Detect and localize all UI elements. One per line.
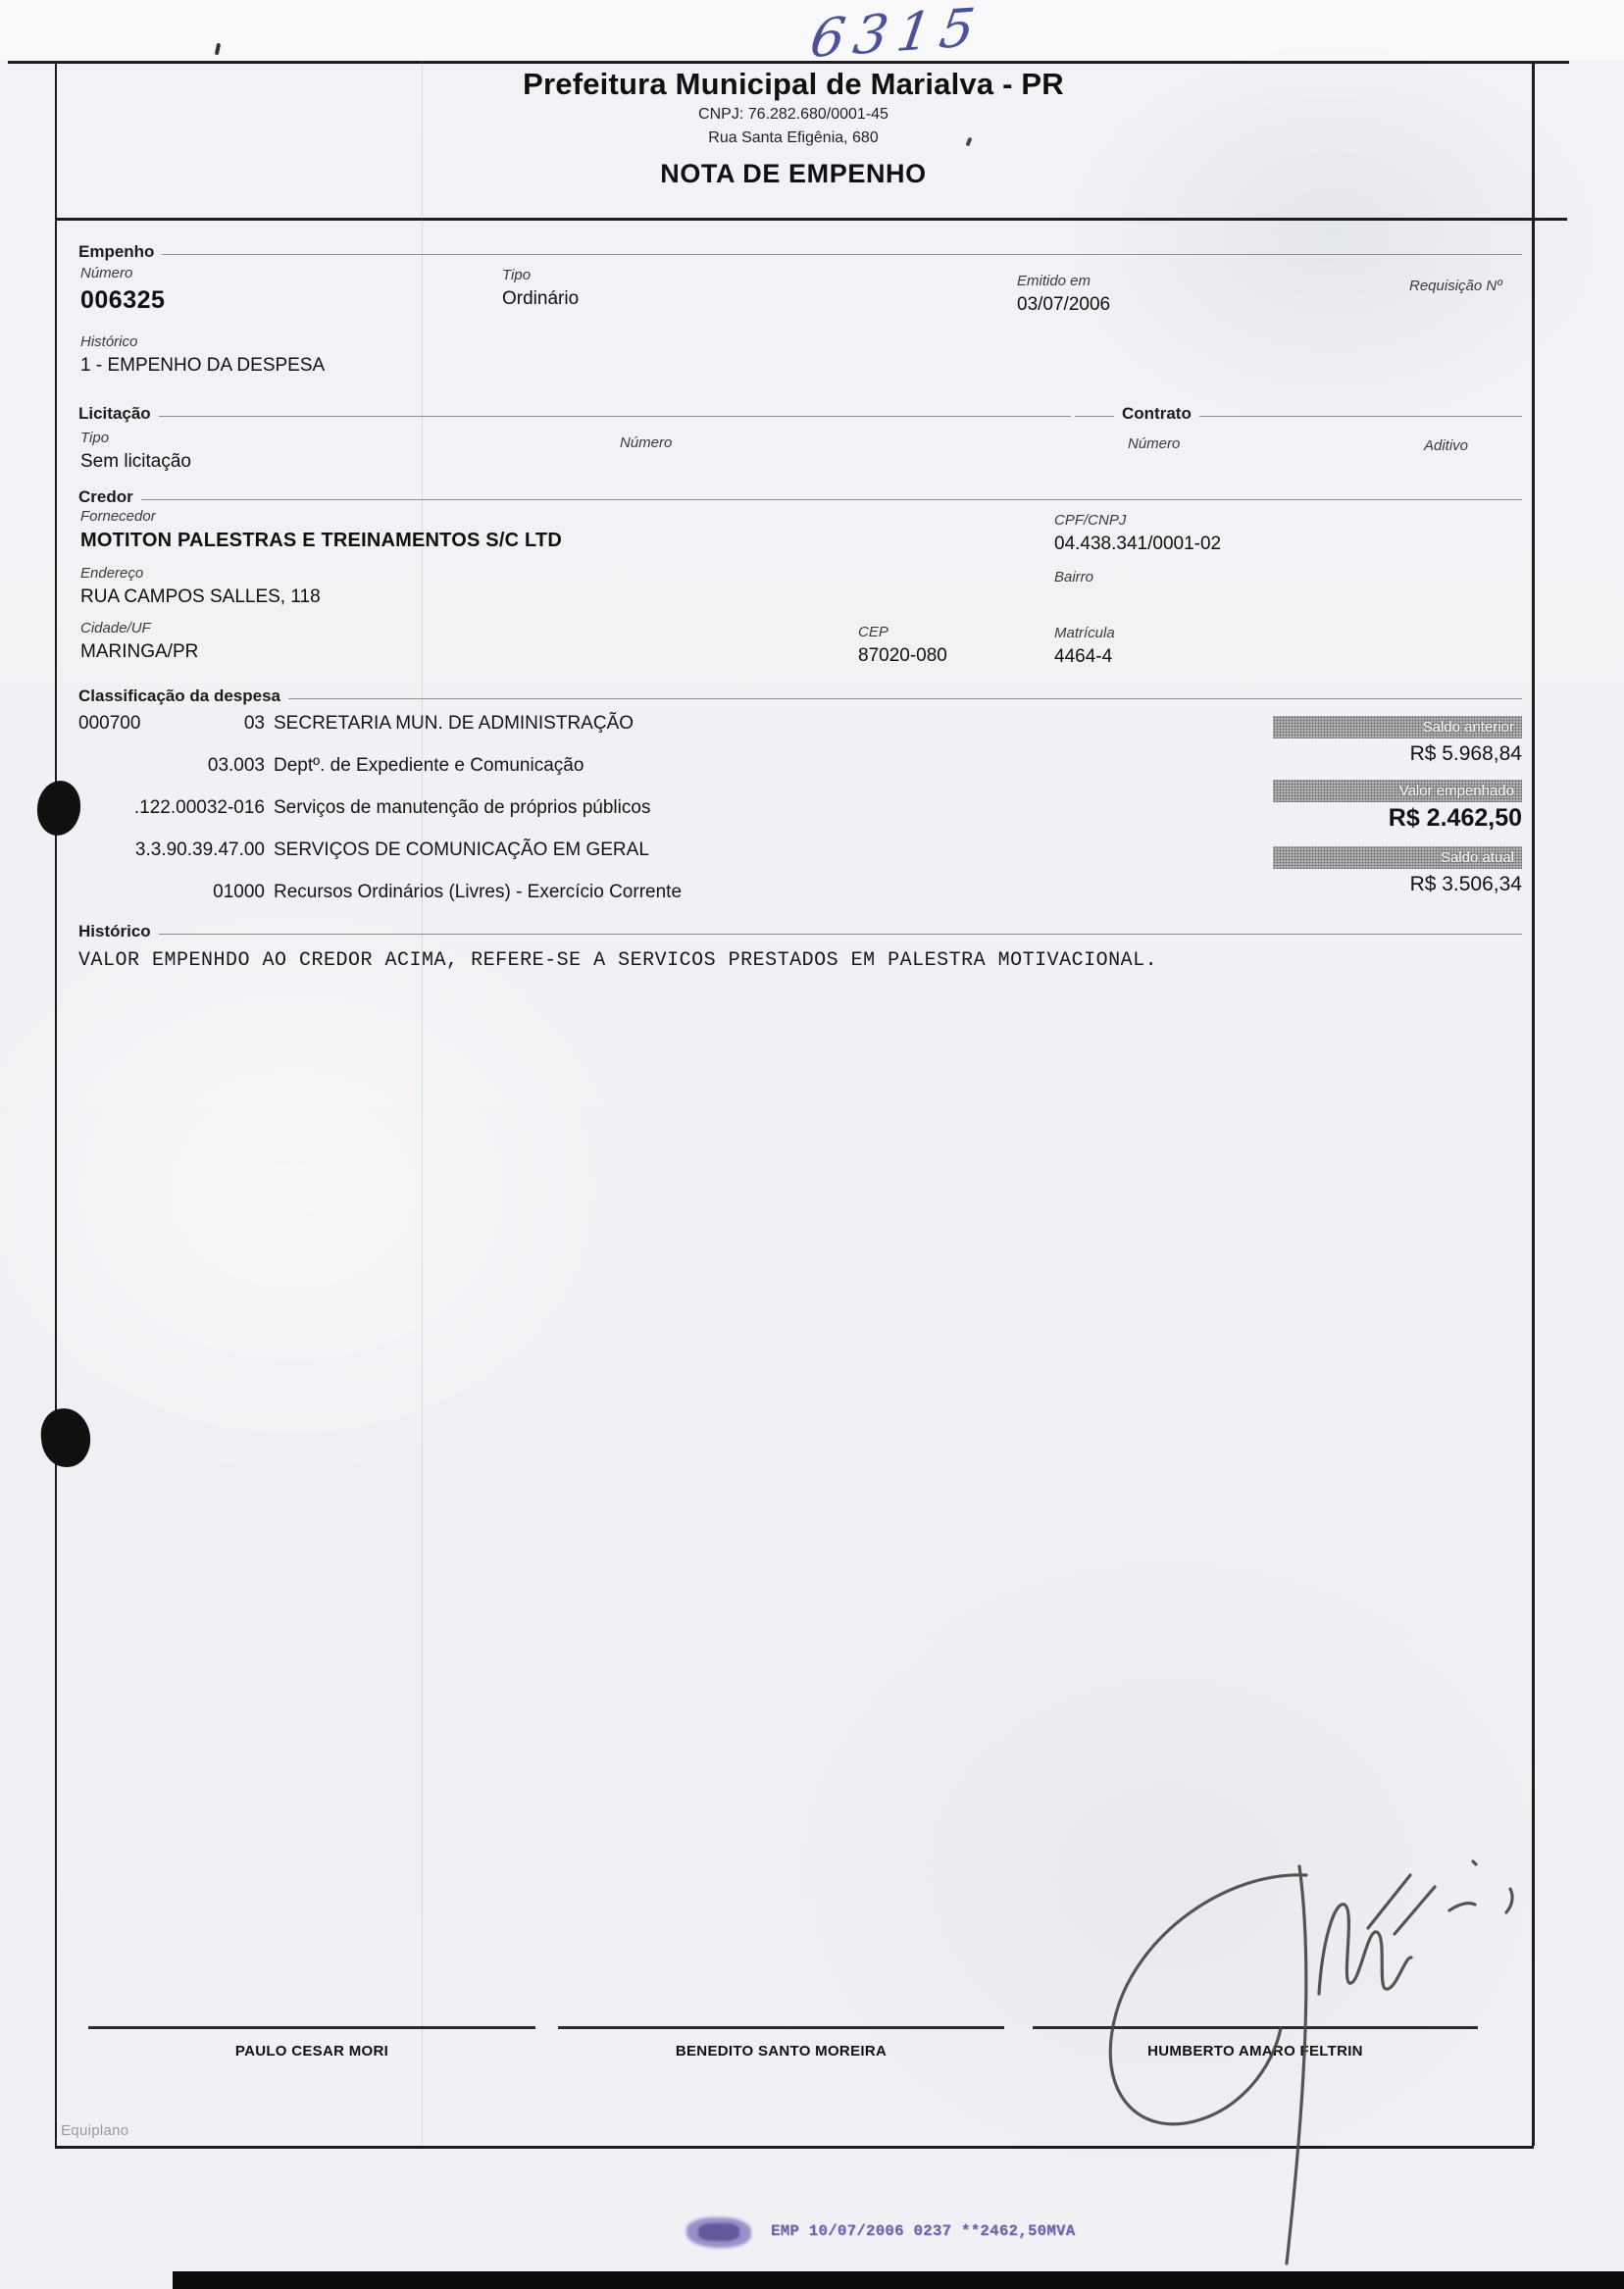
frame-header-line: [55, 218, 1567, 221]
saldo-atual-value: R$ 3.506,34: [1228, 873, 1522, 896]
scan-bottom-band: [173, 2271, 1624, 2289]
section-credor: Credor: [78, 487, 1522, 507]
field-empenho-numero: Número 006325: [80, 265, 165, 315]
handwritten-signature: [1020, 1832, 1549, 2283]
saldo-anterior-bar: Saldo anterior: [1273, 716, 1522, 738]
section-contrato: Contrato: [1075, 404, 1522, 424]
section-credor-label: Credor: [78, 487, 133, 507]
section-licitacao-label: Licitação: [78, 404, 151, 424]
field-fornecedor: Fornecedor MOTITON PALESTRAS E TREINAMEN…: [80, 508, 562, 552]
saldo-atual-bar: Saldo atual: [1273, 846, 1522, 869]
section-licitacao: Licitação: [78, 404, 1071, 424]
cnpj-line: CNPJ: 76.282.680/0001-45: [55, 106, 1532, 124]
field-licitacao-tipo: Tipo Sem licitação: [80, 430, 191, 473]
classification-code: 03.003: [0, 755, 265, 777]
valor-empenhado-bar: Valor empenhado: [1273, 780, 1522, 802]
empenho-historico-value: 1 - EMPENHO DA DESPESA: [80, 355, 325, 377]
address-line: Rua Santa Efigênia, 680: [55, 129, 1532, 147]
divider: [1075, 416, 1114, 417]
valor-empenhado-label: Valor empenhado: [1399, 783, 1514, 799]
field-bairro: Bairro: [1054, 569, 1093, 590]
cep-value: 87020-080: [858, 645, 947, 667]
scan-artifact-line: [422, 61, 423, 2146]
section-empenho-label: Empenho: [78, 242, 154, 262]
field-empenho-historico: Histórico 1 - EMPENHO DA DESPESA: [80, 333, 325, 377]
licitacao-tipo-value: Sem licitação: [80, 451, 191, 473]
bairro-label: Bairro: [1054, 569, 1093, 585]
section-historico: Histórico: [78, 922, 1522, 941]
classification-desc: Deptº. de Expediente e Comunicação: [274, 755, 584, 777]
software-vendor-label: Equiplano: [61, 2122, 128, 2139]
field-licitacao-numero: Número: [620, 434, 672, 456]
contrato-aditivo-label: Aditivo: [1424, 437, 1468, 454]
signatory-name: BENEDITO SANTO MOREIRA: [676, 2043, 887, 2060]
field-contrato-aditivo: Aditivo: [1424, 437, 1468, 459]
licitacao-tipo-label: Tipo: [80, 430, 191, 446]
classification-code: 3.3.90.39.47.00: [0, 839, 265, 861]
empenho-historico-label: Histórico: [80, 333, 325, 350]
empenho-requisicao-label: Requisição Nº: [1409, 278, 1502, 294]
signature-block: BENEDITO SANTO MOREIRA: [558, 2026, 1004, 2060]
classification-desc: Recursos Ordinários (Livres) - Exercício…: [274, 882, 682, 903]
empenho-tipo-label: Tipo: [502, 267, 579, 283]
divider: [159, 934, 1522, 935]
divider: [159, 416, 1071, 417]
municipality-title: Prefeitura Municipal de Marialva - PR: [55, 67, 1532, 102]
fornecedor-label: Fornecedor: [80, 508, 562, 525]
divider: [288, 698, 1522, 699]
field-contrato-numero: Número: [1128, 435, 1180, 457]
section-contrato-label: Contrato: [1122, 404, 1192, 424]
field-endereco: Endereço RUA CAMPOS SALLES, 118: [80, 565, 321, 608]
fornecedor-value: MOTITON PALESTRAS E TREINAMENTOS S/C LTD: [80, 530, 562, 552]
frame-top-line: [8, 61, 1569, 64]
field-empenho-emitido: Emitido em 03/07/2006: [1017, 273, 1110, 316]
section-classificacao: Classificação da despesa: [78, 687, 1522, 706]
matricula-value: 4464-4: [1054, 646, 1115, 668]
historico-text: VALOR EMPENHDO AO CREDOR ACIMA, REFERE-S…: [78, 949, 1157, 972]
empenho-emitido-value: 03/07/2006: [1017, 294, 1110, 316]
field-matricula: Matrícula 4464-4: [1054, 625, 1115, 668]
cep-label: CEP: [858, 624, 947, 640]
section-empenho: Empenho: [78, 242, 1522, 262]
field-empenho-tipo: Tipo Ordinário: [502, 267, 579, 310]
section-classificacao-label: Classificação da despesa: [78, 687, 280, 706]
cpf-cnpj-value: 04.438.341/0001-02: [1054, 534, 1221, 555]
classification-desc: Serviços de manutenção de próprios públi…: [274, 797, 650, 819]
divider: [1199, 416, 1522, 417]
cidade-uf-value: MARINGA/PR: [80, 641, 198, 663]
signature-block: PAULO CESAR MORI: [88, 2026, 535, 2060]
saldo-atual-label: Saldo atual: [1441, 849, 1514, 866]
empenho-numero-label: Número: [80, 265, 165, 281]
section-historico-label: Histórico: [78, 922, 151, 941]
field-cpf-cnpj: CPF/CNPJ 04.438.341/0001-02: [1054, 512, 1221, 555]
stamp-smudge: [698, 2223, 739, 2241]
scanned-document-page: 6315 Prefeitura Municipal de Marialva - …: [0, 0, 1624, 2289]
saldo-anterior-value: R$ 5.968,84: [1228, 742, 1522, 766]
contrato-numero-label: Número: [1128, 435, 1180, 452]
valor-empenhado-value: R$ 2.462,50: [1228, 804, 1522, 833]
field-cep: CEP 87020-080: [858, 624, 947, 667]
saldo-anterior-label: Saldo anterior: [1423, 719, 1514, 736]
endereco-label: Endereço: [80, 565, 321, 582]
frame-left-border: [55, 61, 57, 2146]
cidade-uf-label: Cidade/UF: [80, 620, 198, 636]
classification-desc: SERVIÇOS DE COMUNICAÇÃO EM GERAL: [274, 839, 649, 861]
document-type-title: NOTA DE EMPENHO: [55, 159, 1532, 189]
hole-punch-mark: [33, 778, 83, 839]
divider: [141, 499, 1522, 500]
licitacao-numero-label: Número: [620, 434, 672, 451]
field-cidade-uf: Cidade/UF MARINGA/PR: [80, 620, 198, 663]
matricula-label: Matrícula: [1054, 625, 1115, 641]
validation-stamp-text: EMP 10/07/2006 0237 **2462,50MVA: [771, 2222, 1075, 2240]
signatory-name: PAULO CESAR MORI: [235, 2043, 388, 2060]
cpf-cnpj-label: CPF/CNPJ: [1054, 512, 1221, 529]
empenho-emitido-label: Emitido em: [1017, 273, 1110, 289]
divider: [162, 254, 1522, 255]
classification-code: 01000: [0, 882, 265, 903]
empenho-tipo-value: Ordinário: [502, 288, 579, 310]
field-empenho-requisicao: Requisição Nº: [1409, 278, 1502, 299]
endereco-value: RUA CAMPOS SALLES, 118: [80, 586, 321, 608]
classification-code: 03: [0, 713, 265, 735]
hole-punch-mark: [38, 1406, 93, 1470]
empenho-numero-value: 006325: [80, 286, 165, 315]
classification-desc: SECRETARIA MUN. DE ADMINISTRAÇÃO: [274, 713, 634, 735]
